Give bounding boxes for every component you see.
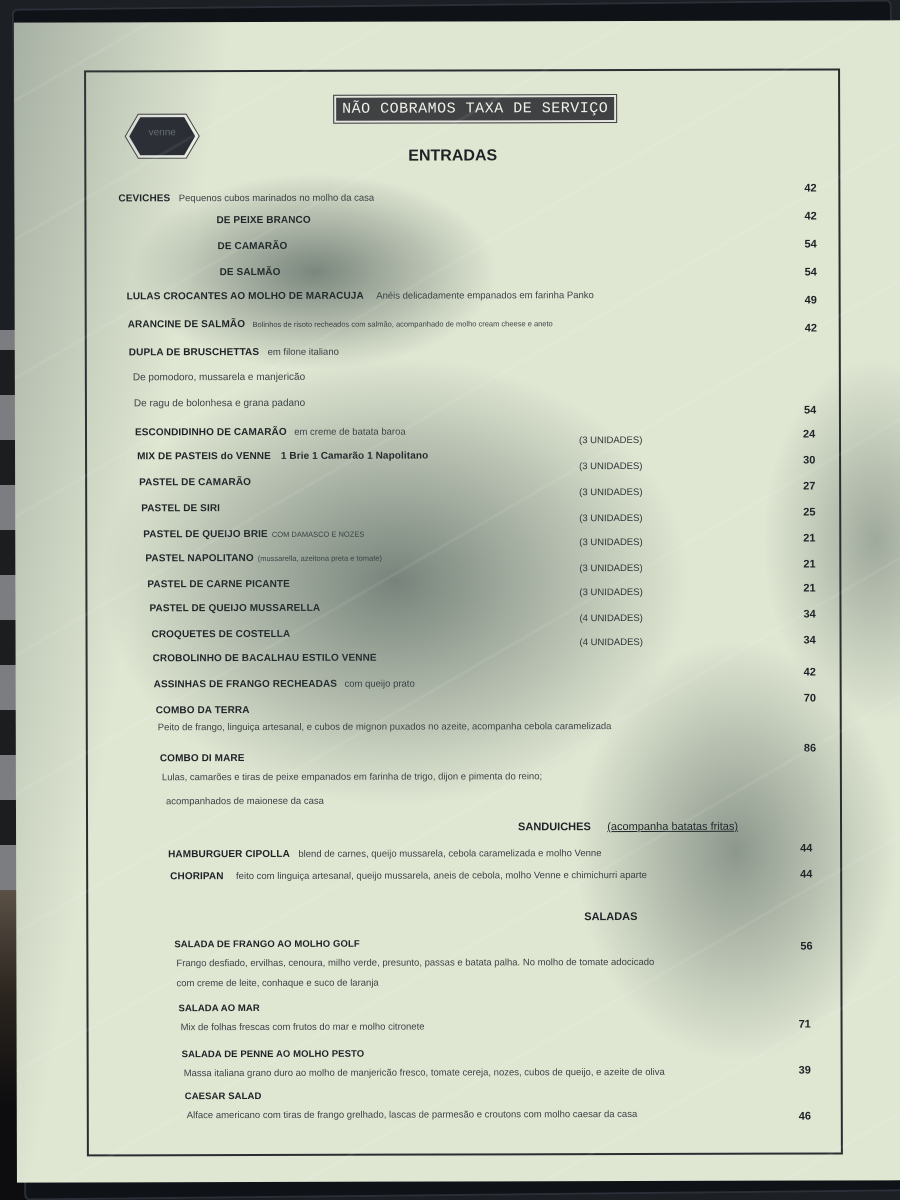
menu-item-pastel: PASTEL DE CAMARÃO [139,472,251,490]
menu-item-ceviche-variant: DE CAMARÃO [217,236,287,254]
item-price: 27 [803,481,815,493]
menu-sheet: NÃO COBRAMOS TAXA DE SERVIÇO venne ENTRA… [14,20,900,1182]
section-note: (acompanha batatas fritas) [607,821,738,833]
item-price: 44 [800,843,812,855]
item-price: 25 [803,507,815,519]
item-units: (4 UNIDADES) [579,613,642,624]
item-units: (3 UNIDADES) [579,435,642,446]
section-title: SANDUICHES [518,821,591,833]
item-desc: 1 Brie 1 Camarão 1 Napolitano [281,451,428,462]
item-units: (3 UNIDADES) [579,513,642,524]
item-desc: em creme de batata baroa [294,427,405,438]
menu-holder: NÃO COBRAMOS TAXA DE SERVIÇO venne ENTRA… [12,0,900,1200]
item-price: 86 [804,743,816,755]
item-price: 56 [800,941,812,953]
menu-item-combo-terra: COMBO DA TERRA [156,700,250,718]
item-price: 42 [804,183,816,195]
item-units: (3 UNIDADES) [579,587,642,598]
item-price: 24 [803,429,815,441]
menu-item-pastel: PASTEL DE QUEIJO BRIECOM DAMASCO E NOZES [143,524,364,543]
item-name: DE CAMARÃO [218,241,288,252]
item-name: PASTEL DE QUEIJO BRIE [143,529,268,540]
menu-item: LULAS CROCANTES AO MOLHO DE MARACUJA Ané… [127,285,594,304]
item-price: 30 [803,455,815,467]
item-price: 49 [805,295,817,307]
item-desc: Peito de frango, linguiça artesanal, e c… [158,721,612,733]
item-name: MIX DE PASTEIS do VENNE [137,451,271,462]
item-name: CROQUETES DE COSTELLA [152,629,291,640]
section-title-entradas: ENTRADAS [408,147,497,165]
menu-item: ARANCINE DE SALMÃO Bolinhos de risoto re… [128,313,553,332]
item-name: PASTEL DE CAMARÃO [139,477,251,488]
item-units: (3 UNIDADES) [579,461,642,472]
item-desc: Massa italiana grano duro ao molho de ma… [184,1067,665,1079]
menu-item: CHORIPAN feito com linguiça artesanal, q… [170,865,647,884]
item-desc: Pequenos cubos marinados no molho da cas… [179,193,374,205]
item-price: 54 [805,267,817,279]
item-name: SALADA DE PENNE AO MOLHO PESTO [182,1049,365,1060]
item-desc: Frango desfiado, ervilhas, cenoura, milh… [176,957,654,969]
item-name: PASTEL DE SIRI [141,503,220,514]
item-price: 21 [803,559,815,571]
item-name: SALADA AO MAR [178,1003,259,1014]
item-name: SALADA DE FRANGO AO MOLHO GOLF [174,939,359,950]
item-desc: feito com linguiça artesanal, queijo mus… [236,870,647,882]
item-name: LULAS CROCANTES AO MOLHO DE MARACUJA [127,291,364,303]
item-units: (3 UNIDADES) [579,537,642,548]
item-price: 34 [804,635,816,647]
item-price: 34 [803,609,815,621]
menu-item: DUPLA DE BRUSCHETTAS em filone italiano [129,342,339,361]
item-units: (3 UNIDADES) [579,487,642,498]
item-desc: Bolinhos de risoto recheados com salmão,… [253,319,553,329]
menu-item-escondidinho: ESCONDIDINHO DE CAMARÃO em creme de bata… [135,422,406,441]
item-name: ASSINHAS DE FRANGO RECHEADAS [154,679,337,690]
menu-item-ceviche-variant: DE SALMÃO [220,262,281,280]
item-desc: com queijo prato [344,679,414,690]
pasteis-list: MIX DE PASTEIS do VENNE1 Brie 1 Camarão … [86,70,838,72]
item-name: PASTEL DE CARNE PICANTE [147,579,290,590]
menu-item: CAESAR SALAD [185,1086,262,1104]
item-desc: acompanhados de maionese da casa [166,796,324,807]
item-price: 39 [799,1065,811,1077]
item-price: 42 [804,211,816,223]
item-price: 46 [799,1111,811,1123]
item-name: CHORIPAN [170,871,223,882]
item-price: 42 [804,667,816,679]
item-name: COMBO DA TERRA [156,705,250,716]
menu-item-pastel: PASTEL NAPOLITANO(mussarella, azeitona p… [145,548,382,567]
item-price: 70 [804,693,816,705]
item-price: 21 [803,583,815,595]
item-desc: em filone italiano [268,347,339,358]
menu-item-pastel: CROQUETES DE COSTELLA [152,624,291,642]
item-price: 44 [800,869,812,881]
menu-item: HAMBURGUER CIPOLLA blend de carnes, quei… [168,843,601,862]
item-desc: Alface americano com tiras de frango gre… [187,1109,637,1121]
item-name: DE SALMÃO [220,267,281,278]
menu-item-pastel: CROBOLINHO DE BACALHAU ESTILO VENNE [153,648,377,667]
bruschetta-option: De ragu de bolonhesa e grana padano [134,398,305,409]
item-desc: COM DAMASCO E NOZES [272,530,365,539]
venne-logo: venne [124,112,200,160]
item-name: CEVICHES [118,193,170,204]
section-title-sanduiches: SANDUICHES (acompanha batatas fritas) [518,817,738,836]
menu-item-ceviche-variant: DE PEIXE BRANCO [216,210,310,228]
item-price: 42 [805,323,817,335]
menu-item-pastel: PASTEL DE CARNE PICANTE [147,574,290,592]
item-price: 21 [803,533,815,545]
menu-frame: NÃO COBRAMOS TAXA DE SERVIÇO venne ENTRA… [84,68,843,1156]
menu-item-ceviches: CEVICHES Pequenos cubos marinados no mol… [118,188,374,207]
item-name: PASTEL DE QUEIJO MUSSARELLA [149,603,320,614]
bruschetta-option: De pomodoro, mussarela e manjericão [133,372,305,383]
item-name: DE PEIXE BRANCO [216,215,310,226]
item-desc: blend de carnes, queijo mussarela, cebol… [298,848,601,860]
no-service-fee-notice: NÃO COBRAMOS TAXA DE SERVIÇO [334,95,616,123]
menu-item-pastel: PASTEL DE SIRI [141,498,220,516]
item-units: (4 UNIDADES) [580,637,643,648]
item-price: 54 [804,239,816,251]
item-desc: Mix de folhas frescas com frutos do mar … [181,1022,425,1034]
menu-item-pastel: PASTEL DE QUEIJO MUSSARELLA [149,598,320,616]
item-desc: Lulas, camarões e tiras de peixe empanad… [162,771,542,783]
item-name: ESCONDIDINHO DE CAMARÃO [135,427,287,438]
menu-item: SALADA DE FRANGO AO MOLHO GOLF [174,934,359,952]
item-price: 54 [804,405,816,417]
item-desc: Anéis delicadamente empanados em farinha… [376,290,594,302]
item-name: DUPLA DE BRUSCHETTAS [129,347,259,358]
item-name: CROBOLINHO DE BACALHAU ESTILO VENNE [153,653,377,665]
item-desc: com creme de leite, conhaque e suco de l… [176,978,378,990]
item-desc: (mussarella, azeitona preta e tomate) [258,554,382,563]
item-name: PASTEL NAPOLITANO [145,553,253,564]
menu-item-combo-mare: COMBO DI MARE [160,748,245,766]
item-name: ARANCINE DE SALMÃO [128,319,245,330]
item-price: 71 [799,1019,811,1031]
section-title-saladas: SALADAS [584,911,637,923]
menu-item: SALADA DE PENNE AO MOLHO PESTO [182,1044,365,1062]
menu-item: SALADA AO MAR [178,998,259,1016]
menu-item-pastel: MIX DE PASTEIS do VENNE1 Brie 1 Camarão … [137,446,428,465]
item-name: HAMBURGUER CIPOLLA [168,849,290,860]
item-name: COMBO DI MARE [160,753,245,764]
logo-text: venne [124,127,200,138]
menu-item-assinhas: ASSINHAS DE FRANGO RECHEADAS com queijo … [154,674,415,693]
item-name: CAESAR SALAD [185,1091,262,1102]
item-units: (3 UNIDADES) [579,563,642,574]
